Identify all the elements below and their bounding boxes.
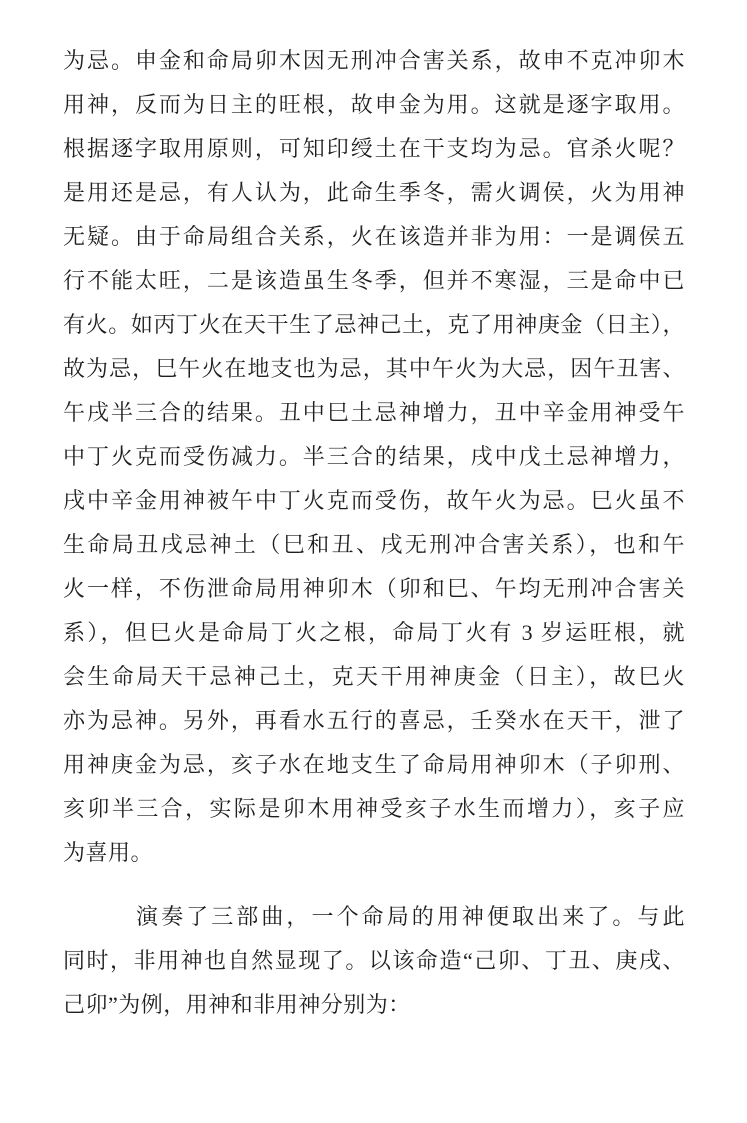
text-line: 根据逐字取用原则，可知印绶土在干支均为忌。官杀火呢？ (63, 127, 685, 171)
text-line: 用神庚金为忌，亥子水在地支生了命局用神卯木（子卯刑、 (63, 743, 685, 787)
text-line: 生命局丑戌忌神土（巳和丑、戌无刑冲合害关系），也和午 (63, 523, 685, 567)
paragraph-2: 演奏了三部曲，一个命局的用神便取出来了。与此 同时，非用神也自然显现了。以该命造… (63, 895, 685, 1027)
text-block: 为忌。申金和命局卯木因无刑冲合害关系，故申不克冲卯木 用神，反而为日主的旺根，故… (63, 39, 685, 1027)
text-line: 戌中辛金用神被午中丁火克而受伤，故午火为忌。巳火虽不 (63, 479, 685, 523)
text-line: 有火。如丙丁火在天干生了忌神己土，克了用神庚金（日主）， (63, 303, 685, 347)
text-line: 亦为忌神。另外，再看水五行的喜忌，壬癸水在天干，泄了 (63, 699, 685, 743)
book-page: 为忌。申金和命局卯木因无刑冲合害关系，故申不克冲卯木 用神，反而为日主的旺根，故… (0, 0, 747, 1123)
text-line: 行不能太旺，二是该造虽生冬季，但并不寒湿，三是命中已 (63, 259, 685, 303)
text-line: 是用还是忌，有人认为，此命生季冬，需火调侯，火为用神 (63, 171, 685, 215)
text-line: 故为忌，巳午火在地支也为忌，其中午火为大忌，因午丑害、 (63, 347, 685, 391)
text-line: 亥卯半三合，实际是卯木用神受亥子水生而增力），亥子应 (63, 787, 685, 831)
text-line: 演奏了三部曲，一个命局的用神便取出来了。与此 (63, 895, 685, 939)
text-line: 会生命局天干忌神己土，克天干用神庚金（日主），故巳火 (63, 655, 685, 699)
text-line: 同时，非用神也自然显现了。以该命造“己卯、丁丑、庚戌、 (63, 939, 685, 983)
text-line: 为忌。申金和命局卯木因无刑冲合害关系，故申不克冲卯木 (63, 39, 685, 83)
text-line: 系），但巳火是命局丁火之根，命局丁火有 3 岁运旺根，就 (63, 611, 685, 655)
paragraph-1: 为忌。申金和命局卯木因无刑冲合害关系，故申不克冲卯木 用神，反而为日主的旺根，故… (63, 39, 685, 875)
text-line: 火一样，不伤泄命局用神卯木（卯和巳、午均无刑冲合害关 (63, 567, 685, 611)
text-line: 己卯”为例，用神和非用神分别为： (63, 983, 685, 1027)
text-line: 无疑。由于命局组合关系，火在该造并非为用：一是调侯五 (63, 215, 685, 259)
text-line: 为喜用。 (63, 831, 685, 875)
text-line: 中丁火克而受伤减力。半三合的结果，戌中戊土忌神增力， (63, 435, 685, 479)
text-line: 用神，反而为日主的旺根，故申金为用。这就是逐字取用。 (63, 83, 685, 127)
text-line: 午戌半三合的结果。丑中巳土忌神增力，丑中辛金用神受午 (63, 391, 685, 435)
